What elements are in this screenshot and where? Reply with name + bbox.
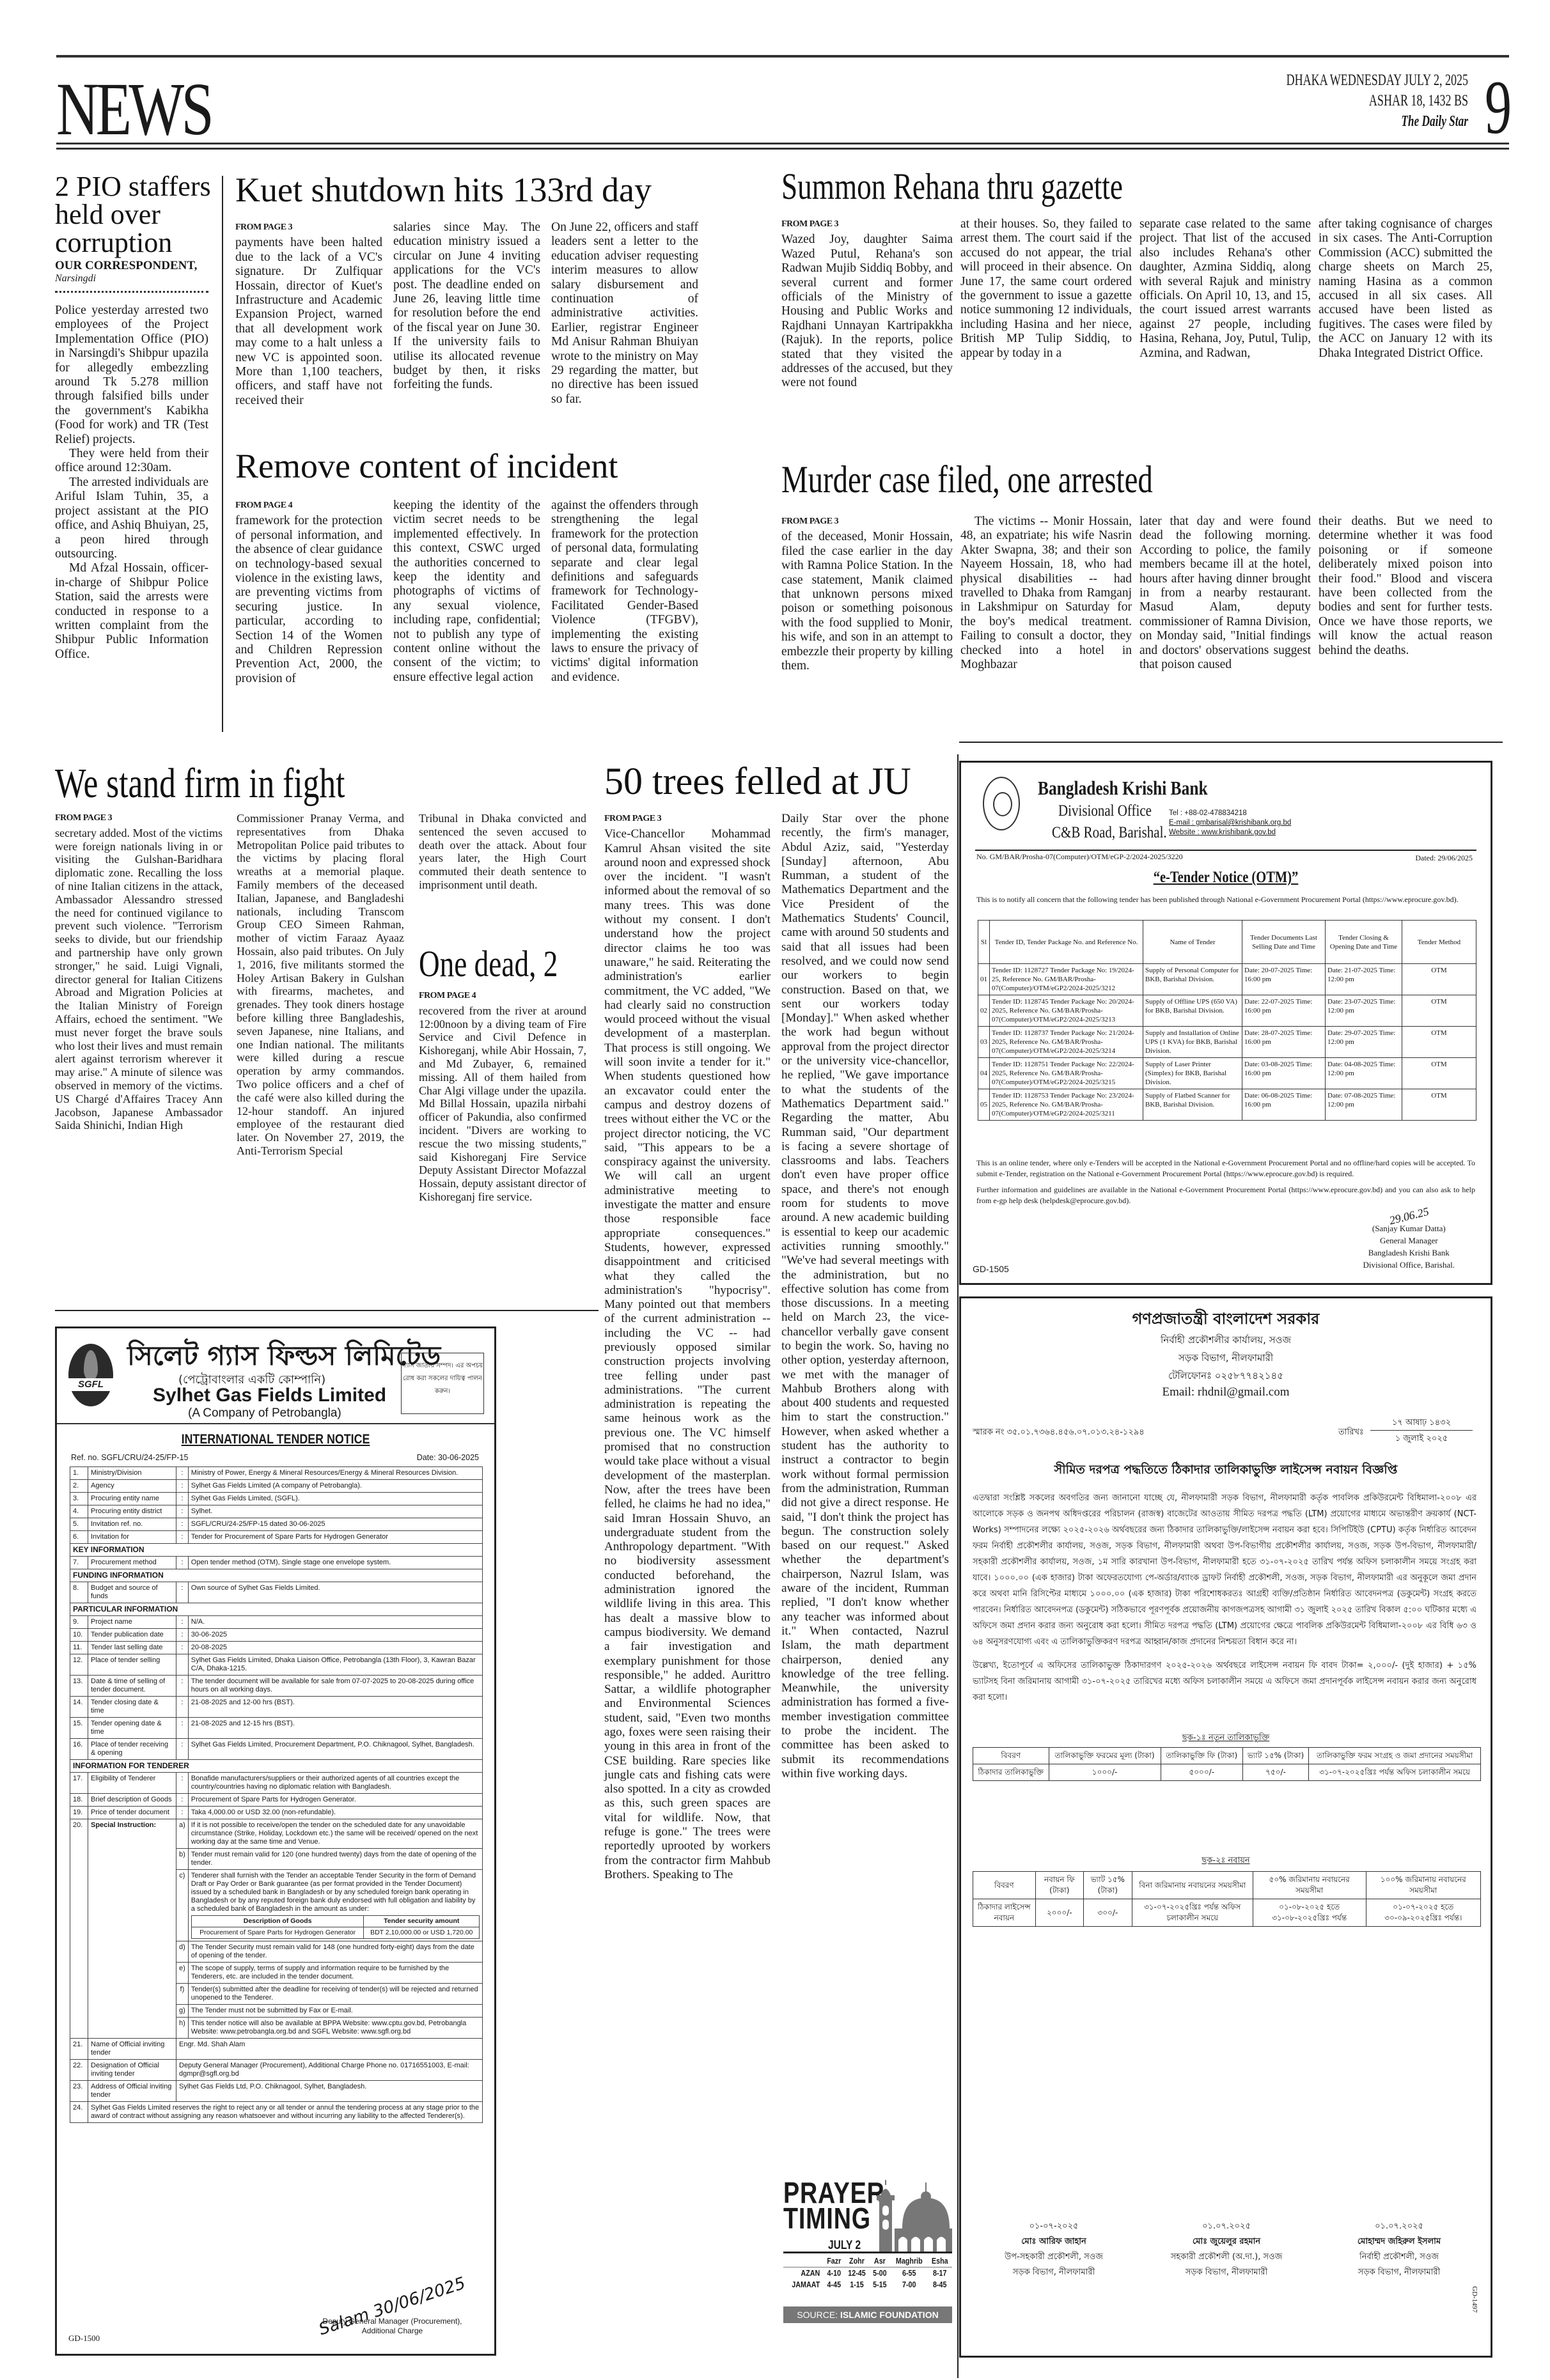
cell: Date: 29-07-2025 Time: 12:00 pm	[1326, 1027, 1402, 1058]
cell: 7.	[70, 1557, 88, 1569]
cell: ৩১-০৭-২০২৫খ্রিঃ পর্যন্ত অফিস চলাকালীন সম…	[1132, 1899, 1253, 1927]
table-row: 24.Sylhet Gas Fields Limited reserves th…	[70, 2102, 483, 2123]
reference-number: Ref. no. SGFL/CRU/24-25/FP-15	[71, 1453, 188, 1462]
cell: The scope of supply, terms of supply and…	[188, 1963, 482, 1984]
bkb-logo-icon	[983, 777, 1020, 830]
cell: 2.	[70, 1480, 88, 1493]
time-cell: 7-00	[893, 2279, 925, 2291]
prayer-timing-box: PRAYER TIMING JULY 2 Fazr Zohr Asr Maghr…	[783, 2180, 952, 2324]
paragraph: their deaths. But we need to determine w…	[1319, 515, 1492, 658]
cell: f)	[176, 1984, 189, 2005]
cell: বিবরণ	[973, 1748, 1049, 1764]
cell: 20-08-2025	[188, 1642, 482, 1654]
section-title: NEWS	[56, 72, 211, 147]
cell: 24.	[70, 2102, 88, 2123]
article-column: Commissioner Pranay Verma, and represent…	[237, 812, 404, 1158]
cell: g)	[176, 2005, 189, 2018]
contact-info: Tel : +88-02-478834218 E-mail : gmbarisa…	[1169, 809, 1291, 837]
cell: ০১-০৭-২০২৫ হতে ৩০-০৯-২০২৫খ্রিঃ পর্যন্ত।	[1366, 1899, 1480, 1927]
section-row: KEY INFORMATION	[70, 1544, 483, 1557]
cell: Engr. Md. Shah Alam	[176, 2039, 483, 2060]
from-page: FROM PAGE 3	[781, 515, 953, 529]
telephone: টেলিফোনঃ ০২৫৮৭৭৪২১৪৫	[961, 1369, 1491, 1385]
cell: OTM	[1402, 1027, 1476, 1058]
cell: The Tender must not be submitted by Fax …	[188, 2005, 482, 2018]
headline[interactable]: 50 trees felled at JU	[604, 762, 911, 801]
cell: Date: 20-07-2025 Time: 16:00 pm	[1242, 964, 1326, 995]
cell: 12.	[70, 1654, 88, 1676]
cell: N/A.	[188, 1616, 482, 1629]
cell: 21.	[70, 2039, 88, 2060]
cell: Tender Closing & Opening Date and Time	[1326, 921, 1402, 964]
section-rule	[55, 1310, 599, 1311]
signature-date: ০১-০৭-২০২৫	[974, 2219, 1134, 2234]
notice-title: INTERNATIONAL TENDER NOTICE	[90, 1432, 461, 1447]
cell: 18.	[70, 1794, 88, 1807]
divider	[975, 850, 1476, 851]
table-row: 1.Ministry/Division:Ministry of Power, E…	[70, 1467, 483, 1480]
table-row: 04Tender ID: 1128751 Tender Package No: …	[978, 1058, 1476, 1089]
article-column: keeping the identity of the victim secre…	[393, 499, 540, 685]
table-row: 10.Tender publication date:30-06-2025	[70, 1629, 483, 1642]
cell: Deputy General Manager (Procurement), Ad…	[176, 2060, 483, 2081]
source-name: ISLAMIC FOUNDATION	[840, 2310, 939, 2320]
table-row: JAMAAT 4-45 1-15 5-15 7-00 8-45	[783, 2279, 952, 2291]
table-row: 6.Invitation for:Tender for Procurement …	[70, 1531, 483, 1544]
signatory: ০১-০৭-২০২৫ মোঃ আরিফ জাহান উপ-সহকারী প্রক…	[974, 2219, 1134, 2280]
cell: b)	[176, 1849, 189, 1870]
table-row: 13.Date & time of selling of tender docu…	[70, 1676, 483, 1697]
table-row: 7.Procurement method:Open tender method …	[70, 1557, 483, 1569]
table-row: Procurement of Spare Parts for Hydrogen …	[191, 1927, 479, 1939]
headline[interactable]: One dead, 2	[419, 945, 558, 983]
office-address: C&B Road, Barishal.	[1052, 824, 1167, 842]
from-page: FROM PAGE 3	[55, 812, 223, 825]
cell: নবায়ন ফি (টাকা)	[1035, 1872, 1083, 1899]
cell: Eligibility of Tenderer	[88, 1773, 176, 1794]
article-column: On June 22, officers and staff leaders s…	[551, 221, 698, 407]
paragraph: framework for the protection of personal…	[235, 514, 382, 686]
ad-rhd-license-notice: গণপ্রজাতন্ত্রী বাংলাদেশ সরকার নির্বাহী প…	[959, 1296, 1492, 2358]
signatory-title: সহকারী প্রকৌশলী (অ.দা.), সওজ	[1147, 2250, 1306, 2265]
new-listing-table: বিবরণতালিকাভুক্তি ফরমের মূল্য (টাকা)তালি…	[973, 1747, 1481, 1781]
cell: 04	[978, 1058, 990, 1089]
headline[interactable]: We stand firm in fight	[55, 762, 345, 805]
cell: Name of Official inviting tender	[88, 2039, 176, 2060]
notice-date: Date: 30-06-2025	[417, 1453, 479, 1462]
ad-code: GD-1497	[1471, 2286, 1478, 2313]
ad-code: GD-1500	[68, 2333, 100, 2344]
ad-bkb-tender: Bangladesh Krishi Bank Divisional Office…	[959, 761, 1492, 1285]
cell: 9.	[70, 1616, 88, 1629]
table-row: ঠিকাদার লাইসেন্স নবায়ন২০০০/-৩০০/-৩১-০৭-…	[973, 1899, 1481, 1927]
cell: Tender ID, Tender Package No. and Refere…	[990, 921, 1143, 964]
article-column: FROM PAGE 3 secretary added. Most of the…	[55, 812, 223, 1132]
time-cell: 6-55	[893, 2267, 925, 2280]
cell: 23.	[70, 2081, 88, 2102]
cell: Tender closing date & time	[88, 1697, 176, 1718]
cell: The tender document will be available fo…	[188, 1676, 482, 1697]
table-row: 11.Tender last selling date:20-08-2025	[70, 1642, 483, 1654]
cell: Brief description of Goods	[88, 1794, 176, 1807]
paragraph: after taking cognisance of charges in si…	[1319, 217, 1492, 361]
cell: Place of tender selling	[88, 1654, 176, 1676]
renewal-table: বিবরণনবায়ন ফি (টাকা)ভ্যাট ১৫% (টাকা)বিন…	[973, 1871, 1481, 1927]
section-row: INFORMATION FOR TENDERER	[70, 1760, 483, 1773]
headline[interactable]: Summon Rehana thru gazette	[781, 167, 1123, 205]
cell: ১০০০/-	[1049, 1764, 1161, 1781]
row-label: AZAN	[786, 2267, 820, 2280]
cell: Price of tender document	[88, 1807, 176, 1819]
cell: তালিকাভুক্তি ফি (টাকা)	[1161, 1748, 1242, 1764]
cell: 16.	[70, 1739, 88, 1760]
byline-block: OUR CORRESPONDENT, Narsingdi	[55, 259, 208, 299]
cell: Tender last selling date	[88, 1642, 176, 1654]
cell: Procurement of Spare Parts for Hydrogen …	[191, 1927, 364, 1939]
cell: Sylhet Gas Fields Limited reserves the r…	[88, 2102, 483, 2123]
from-page: FROM PAGE 3	[235, 221, 382, 235]
cell: 14.	[70, 1697, 88, 1718]
cell: Tender for Procurement of Spare Parts fo…	[188, 1531, 482, 1544]
cell: 05	[978, 1089, 990, 1121]
paragraph: against the offenders through strengthen…	[551, 499, 698, 685]
cell: OTM	[1402, 1058, 1476, 1089]
cell: Procuring entity district	[88, 1505, 176, 1518]
paper-name: The Daily Star	[1287, 111, 1468, 132]
col-header: Maghrib	[893, 2255, 925, 2267]
company-sub-en: (A Company of Petrobangla)	[188, 1406, 341, 1420]
cell: Open tender method (OTM), Single stage o…	[188, 1557, 482, 1569]
cell: Supply of Personal Computer for BKB, Bar…	[1143, 964, 1242, 995]
bank-name: Bangladesh Krishi Bank	[1038, 777, 1208, 800]
time-cell: 8-17	[930, 2267, 950, 2280]
paragraph: The arrested individuals are Ariful Isla…	[55, 476, 208, 561]
masthead-top-rule	[56, 55, 1509, 58]
special-instruction-row: 20.Special Instruction: a)If it is not p…	[70, 1819, 483, 1849]
ad-code: GD-1505	[973, 1264, 1009, 1274]
signer-org: Bangladesh Krishi Bank	[1363, 1247, 1455, 1259]
time-cell: 4-10	[825, 2267, 843, 2280]
cell: c)	[176, 1870, 189, 1941]
cell: Budget and source of funds	[88, 1582, 176, 1603]
cell: Sylhet Gas Fields Limited (A company of …	[188, 1480, 482, 1493]
paragraph: payments have been halted due to the lac…	[235, 236, 382, 408]
cell: Sylhet Gas Fields Limited, (SGFL).	[188, 1493, 482, 1505]
cell: 5.	[70, 1518, 88, 1531]
tender-security-table: Description of GoodsTender security amou…	[191, 1915, 480, 1939]
cell: Procurement method	[88, 1557, 176, 1569]
table-row: 12.Place of tender sellingSylhet Gas Fie…	[70, 1654, 483, 1676]
col-header: Zohr	[846, 2255, 868, 2267]
cell: Tender ID: 1128751 Tender Package No: 22…	[990, 1058, 1143, 1089]
company-name-en: Sylhet Gas Fields Limited	[153, 1385, 386, 1406]
prayer-times-table: Fazr Zohr Asr Maghrib Esha AZAN 4-10 12-…	[783, 2255, 952, 2291]
signatory-office: সড়ক বিভাগ, নীলফামারী	[1147, 2265, 1306, 2280]
cell: Procuring entity name	[88, 1493, 176, 1505]
article-column: Tribunal in Dhaka convicted and sentence…	[419, 812, 586, 892]
cell: 03	[978, 1027, 990, 1058]
article-column: FROM PAGE 3 Wazed Joy, daughter Saima Wa…	[781, 217, 953, 391]
date-gregorian: ১ জুলাই ২০২৫	[1370, 1433, 1473, 1446]
table-header: বিবরণনবায়ন ফি (টাকা)ভ্যাট ১৫% (টাকা)বিন…	[973, 1872, 1481, 1899]
table-row: 22.Designation of Official inviting tend…	[70, 2060, 483, 2081]
table-row: 03Tender ID: 1128737 Tender Package No: …	[978, 1027, 1476, 1058]
table-row: 4.Procuring entity district:Sylhet.	[70, 1505, 483, 1518]
time-cell: 12-45	[846, 2267, 868, 2280]
table-row: 23.Address of Official inviting tenderSy…	[70, 2081, 483, 2102]
cell: তালিকাভুক্তি ফরমের মূল্য (টাকা)	[1049, 1748, 1161, 1764]
cell: ৩০০/-	[1083, 1899, 1132, 1927]
notice-note: This is an online tender, where only e-T…	[976, 1158, 1475, 1179]
table-row: 3.Procuring entity name:Sylhet Gas Field…	[70, 1493, 483, 1505]
cell: Agency	[88, 1480, 176, 1493]
headline[interactable]: 2 PIO staffers held over corruption	[55, 173, 215, 257]
cell: FUNDING INFORMATION	[70, 1569, 483, 1582]
cell: Supply of Offline UPS (650 VA) for BKB, …	[1143, 995, 1242, 1027]
cell: Date: 22-07-2025 Time: 16:00 pm	[1242, 995, 1326, 1027]
paragraph: recovered from the river at around 12:00…	[419, 1004, 586, 1204]
table-row: 9.Project name:N/A.	[70, 1616, 483, 1629]
dateline: DHAKA WEDNESDAY JULY 2, 2025 ASHAR 18, 1…	[1287, 70, 1468, 132]
paragraph: Wazed Joy, daughter Saima Wazed Putul, R…	[781, 233, 953, 390]
col-header: Asr	[871, 2255, 888, 2267]
table-row: 05Tender ID: 1128753 Tender Package No: …	[978, 1089, 1476, 1121]
cell: The Tender Security must remain valid fo…	[188, 1941, 482, 1963]
date-bangla: ১৭ আষাঢ় ১৪৩২	[1370, 1417, 1473, 1431]
table-row: 01Tender ID: 1128727 Tender Package No: …	[978, 964, 1476, 995]
paragraph: They were held from their office around …	[55, 447, 208, 476]
paragraph: Md Afzal Hossain, officer-in-charge of S…	[55, 561, 208, 662]
cell: Sl	[978, 921, 990, 964]
signatory-title: উপ-সহকারী প্রকৌশলী, সওজ	[974, 2250, 1134, 2265]
paragraph: of the deceased, Monir Hossain, filed th…	[781, 530, 953, 673]
paragraph: Vice-Chancellor Mohammad Kamrul Ahsan vi…	[604, 827, 771, 1882]
cell: বিবরণ	[973, 1872, 1036, 1899]
section-row: FUNDING INFORMATION	[70, 1569, 483, 1582]
cell: Description of Goods	[191, 1916, 364, 1927]
signature-date: ০১.০৭.২০২৫	[1319, 2219, 1479, 2234]
notice-note: Further information and guidelines are a…	[976, 1185, 1475, 1206]
cell: Procurement of Spare Parts for Hydrogen …	[188, 1794, 482, 1807]
cell: 17.	[70, 1773, 88, 1794]
table-header: SlTender ID, Tender Package No. and Refe…	[978, 921, 1476, 964]
signer-office: Divisional Office, Barishal.	[1363, 1259, 1455, 1271]
bangla-date: ASHAR 18, 1432 BS	[1287, 91, 1468, 111]
cell: Bonafide manufacturers/suppliers or thei…	[188, 1773, 482, 1794]
table-title: ছক-১ঃ নতুন তালিকাভুক্তি	[961, 1732, 1491, 1745]
cell: 30-06-2025	[188, 1629, 482, 1642]
article-body: Police yesterday arrested two employees …	[55, 304, 208, 662]
cell: 11.	[70, 1642, 88, 1654]
time-cell: 5-15	[871, 2279, 888, 2291]
article-column: their deaths. But we need to determine w…	[1319, 515, 1492, 658]
cell: SGFL/CRU/24-25/FP-15 dated 30-06-2025	[188, 1518, 482, 1531]
paragraph: The victims -- Monir Hossain, 48, an exp…	[960, 515, 1132, 672]
article-column: The victims -- Monir Hossain, 48, an exp…	[960, 515, 1132, 672]
article-column: FROM PAGE 4 framework for the protection…	[235, 499, 382, 686]
paragraph: later that day and were found dead the f…	[1139, 515, 1311, 672]
cell: Date: 04-08-2025 Time: 12:00 pm	[1326, 1058, 1402, 1089]
page-number: 9	[1485, 69, 1512, 146]
notice-body: এতদ্বারা সংশ্লিষ্ট সকলের অবগতির জন্য জান…	[973, 1490, 1476, 1650]
table-row: 2.Agency:Sylhet Gas Fields Limited (A co…	[70, 1480, 483, 1493]
table-row: 21.Name of Official inviting tenderEngr.…	[70, 2039, 483, 2060]
cell: PARTICULAR INFORMATION	[70, 1603, 483, 1616]
cell: 01	[978, 964, 990, 995]
cell: 13.	[70, 1676, 88, 1697]
time-cell: 8-45	[930, 2279, 950, 2291]
byline: OUR CORRESPONDENT,	[55, 259, 208, 273]
cell: 19.	[70, 1807, 88, 1819]
ad-sgfl-tender: SGFL সিলেট গ্যাস ফিল্ডস লিমিটেড (পেট্রোব…	[55, 1326, 496, 2356]
cell: Address of Official inviting tender	[88, 2081, 176, 2102]
table-row: 16.Place of tender receiving & opening:S…	[70, 1739, 483, 1760]
cell: Supply of Flatbed Scanner for BKB, Baris…	[1143, 1089, 1242, 1121]
cell: Tender ID: 1128745 Tender Package No: 20…	[990, 995, 1143, 1027]
paragraph: Daily Star over the phone recently, the …	[781, 812, 949, 1781]
cell: Invitation for	[88, 1531, 176, 1544]
cell: 21-08-2025 and 12-15 hrs (BST).	[188, 1718, 482, 1739]
cell: Ministry/Division	[88, 1467, 176, 1480]
cell: OTM	[1402, 995, 1476, 1027]
cell: Tenderer shall furnish with the Tender a…	[191, 1872, 476, 1913]
article-column: salaries since May. The education minist…	[393, 221, 540, 393]
division-name: সড়ক বিভাগ, নীলফামারী	[961, 1351, 1491, 1367]
cell: Tender must remain valid for 120 (one hu…	[188, 1849, 482, 1870]
cell: 1.	[70, 1467, 88, 1480]
cell: Tender ID: 1128753 Tender Package No: 23…	[990, 1089, 1143, 1121]
cell: Date: 03-08-2025 Time: 16:00 pm	[1242, 1058, 1326, 1089]
cell: Sylhet Gas Fields Limited, Procurement D…	[188, 1739, 482, 1760]
cell: Own source of Sylhet Gas Fields Limited.	[188, 1582, 482, 1603]
cell: Place of tender receiving & opening	[88, 1739, 176, 1760]
time-cell: 4-45	[825, 2279, 843, 2291]
paragraph: Tribunal in Dhaka convicted and sentence…	[419, 812, 586, 892]
cell: Special Instruction:	[88, 1819, 176, 2039]
cell: 8.	[70, 1582, 88, 1603]
divider	[783, 2252, 952, 2253]
website-link[interactable]: Website : www.krishibank.gov.bd	[1169, 828, 1291, 837]
table-row: 8.Budget and source of funds:Own source …	[70, 1582, 483, 1603]
cell: 21-08-2025 and 12-00 hrs (BST).	[188, 1697, 482, 1718]
cell: Tender ID: 1128727 Tender Package No: 19…	[990, 964, 1143, 995]
table-row: Fazr Zohr Asr Maghrib Esha	[783, 2255, 952, 2267]
cell: Designation of Official inviting tender	[88, 2060, 176, 2081]
tender-table: SlTender ID, Tender Package No. and Refe…	[978, 920, 1476, 1121]
cell: ভ্যাট ১৫% (টাকা)	[1083, 1872, 1132, 1899]
cell: Tender Method	[1402, 921, 1476, 964]
table-row: 17.Eligibility of Tenderer:Bonafide manu…	[70, 1773, 483, 1794]
date-label: তারিখঃ	[1338, 1426, 1364, 1440]
headline[interactable]: Remove content of incident	[235, 449, 618, 484]
headline[interactable]: Kuet shutdown hits 133rd day	[235, 173, 652, 208]
headline[interactable]: Murder case filed, one arrested	[781, 460, 1153, 499]
paragraph: On June 22, officers and staff leaders s…	[551, 221, 698, 407]
cell: Invitation ref. no.	[88, 1518, 176, 1531]
email-link[interactable]: E-mail : gmbarisal@krishibank.org.bd	[1169, 818, 1291, 828]
paragraph: Police yesterday arrested two employees …	[55, 304, 208, 447]
paragraph: secretary added. Most of the victims wer…	[55, 827, 223, 1132]
cell: ১০০% জরিমানায় নবায়নের সময়সীমা	[1366, 1872, 1480, 1899]
cell: Ministry of Power, Energy & Mineral Reso…	[188, 1467, 482, 1480]
cell: KEY INFORMATION	[70, 1544, 483, 1557]
cell: Date & time of selling of tender documen…	[88, 1676, 176, 1697]
table-row: 18.Brief description of Goods:Procuremen…	[70, 1794, 483, 1807]
cell: Date: 07-08-2025 Time: 12:00 pm	[1326, 1089, 1402, 1121]
signature-date: ০১.০৭.২০২৫	[1147, 2219, 1306, 2234]
cell: ঠিকাদার তালিকাভুক্তি	[973, 1764, 1049, 1781]
cell: ৩১-০৭-২০২৫খ্রিঃ পর্যন্ত অফিস চলাকালীন সম…	[1309, 1764, 1481, 1781]
telephone: Tel : +88-02-478834218	[1169, 809, 1291, 818]
paragraph: salaries since May. The education minist…	[393, 221, 540, 393]
cell: e)	[176, 1963, 189, 1984]
cell: Tender opening date & time	[88, 1718, 176, 1739]
logo-text: SGFL	[67, 1378, 114, 1391]
cell: Tender Documents Last Selling Date and T…	[1242, 921, 1326, 964]
cell: This tender notice will also be availabl…	[188, 2018, 482, 2039]
cell: Date: 28-07-2025 Time: 16:00 pm	[1242, 1027, 1326, 1058]
row-label: JAMAAT	[786, 2279, 820, 2291]
notice-intro: This is to notify all concern that the f…	[976, 894, 1475, 905]
from-page: FROM PAGE 4	[235, 499, 382, 513]
cell: Sylhet Gas Fields Ltd, P.O. Chiknagool, …	[176, 2081, 483, 2102]
cell: Date: 21-07-2025 Time: 12:00 pm	[1326, 964, 1402, 995]
table-row: 02Tender ID: 1128745 Tender Package No: …	[978, 995, 1476, 1027]
from-page: FROM PAGE 3	[781, 217, 953, 231]
cell: 15.	[70, 1718, 88, 1739]
cell: Sylhet.	[188, 1505, 482, 1518]
article-column: FROM PAGE 3 Vice-Chancellor Mohammad Kam…	[604, 812, 771, 1882]
signatory: ০১.০৭.২০২৫ মোঃ জুয়েলুর রহমান সহকারী প্র…	[1147, 2219, 1306, 2280]
time-cell: 1-15	[846, 2279, 868, 2291]
cell: BDT 2,10,000.00 or USD 1,720.00	[364, 1927, 480, 1939]
masthead-rule-2	[56, 148, 1509, 150]
table-row: 5.Invitation ref. no.:SGFL/CRU/24-25/FP-…	[70, 1518, 483, 1531]
cell: ৫০০০/-	[1161, 1764, 1242, 1781]
column-divider	[222, 176, 223, 732]
location: Narsingdi	[55, 273, 208, 284]
cell: Tender publication date	[88, 1629, 176, 1642]
signature-block: Salam 30/06/2025 Deputy General Manager …	[316, 2302, 469, 2336]
email-link[interactable]: Email: rhdnil@gmail.com	[961, 1385, 1491, 1399]
date: DHAKA WEDNESDAY JULY 2, 2025	[1287, 70, 1468, 91]
gov-header: গণপ্রজাতন্ত্রী বাংলাদেশ সরকার	[961, 1307, 1491, 1333]
signatory-name: মোহাম্মদ জহিরুল ইসলাম	[1319, 2234, 1479, 2250]
signature-block: 29.06.25 (Sanjay Kumar Datta) General Ma…	[1363, 1210, 1455, 1271]
table-row: Description of GoodsTender security amou…	[191, 1916, 479, 1927]
cell: ০১-০৮-২০২৫ হতে ৩১-০৮-২০২৫খ্রিঃ পর্যন্ত	[1253, 1899, 1366, 1927]
source-label: SOURCE:	[797, 2310, 838, 2320]
article-column: at their houses. So, they failed to arre…	[960, 217, 1132, 361]
notice-body: উল্লেখ্য, ইতোপূর্বে এ অফিসের তালিকাভুক্ত…	[973, 1658, 1476, 1706]
signatory: ০১.০৭.২০২৫ মোহাম্মদ জহিরুল ইসলাম নির্বাহ…	[1319, 2219, 1479, 2280]
cell: Name of Tender	[1143, 921, 1242, 964]
cell: Tender ID: 1128737 Tender Package No: 21…	[990, 1027, 1143, 1058]
signer-title: General Manager	[1363, 1234, 1455, 1247]
table-row: 14.Tender closing date & time:21-08-2025…	[70, 1697, 483, 1718]
cell: ৫০% জরিমানায় নবায়নের সময়সীমা	[1253, 1872, 1366, 1899]
cell: OTM	[1402, 964, 1476, 995]
column-divider	[957, 754, 959, 2378]
cell: Sylhet Gas Fields Limited, Dhaka Liaison…	[188, 1654, 482, 1676]
cell: If it is not possible to receive/open th…	[188, 1819, 482, 1849]
sgfl-logo-icon: SGFL	[68, 1344, 113, 1406]
prayer-title: PRAYER TIMING	[783, 2180, 885, 2231]
cell: বিনা জরিমানায় নবায়নের সময়সীমা	[1132, 1872, 1253, 1899]
cell: INFORMATION FOR TENDERER	[70, 1760, 483, 1773]
cell: 4.	[70, 1505, 88, 1518]
cell: Date: 06-08-2025 Time: 16:00 pm	[1242, 1089, 1326, 1121]
